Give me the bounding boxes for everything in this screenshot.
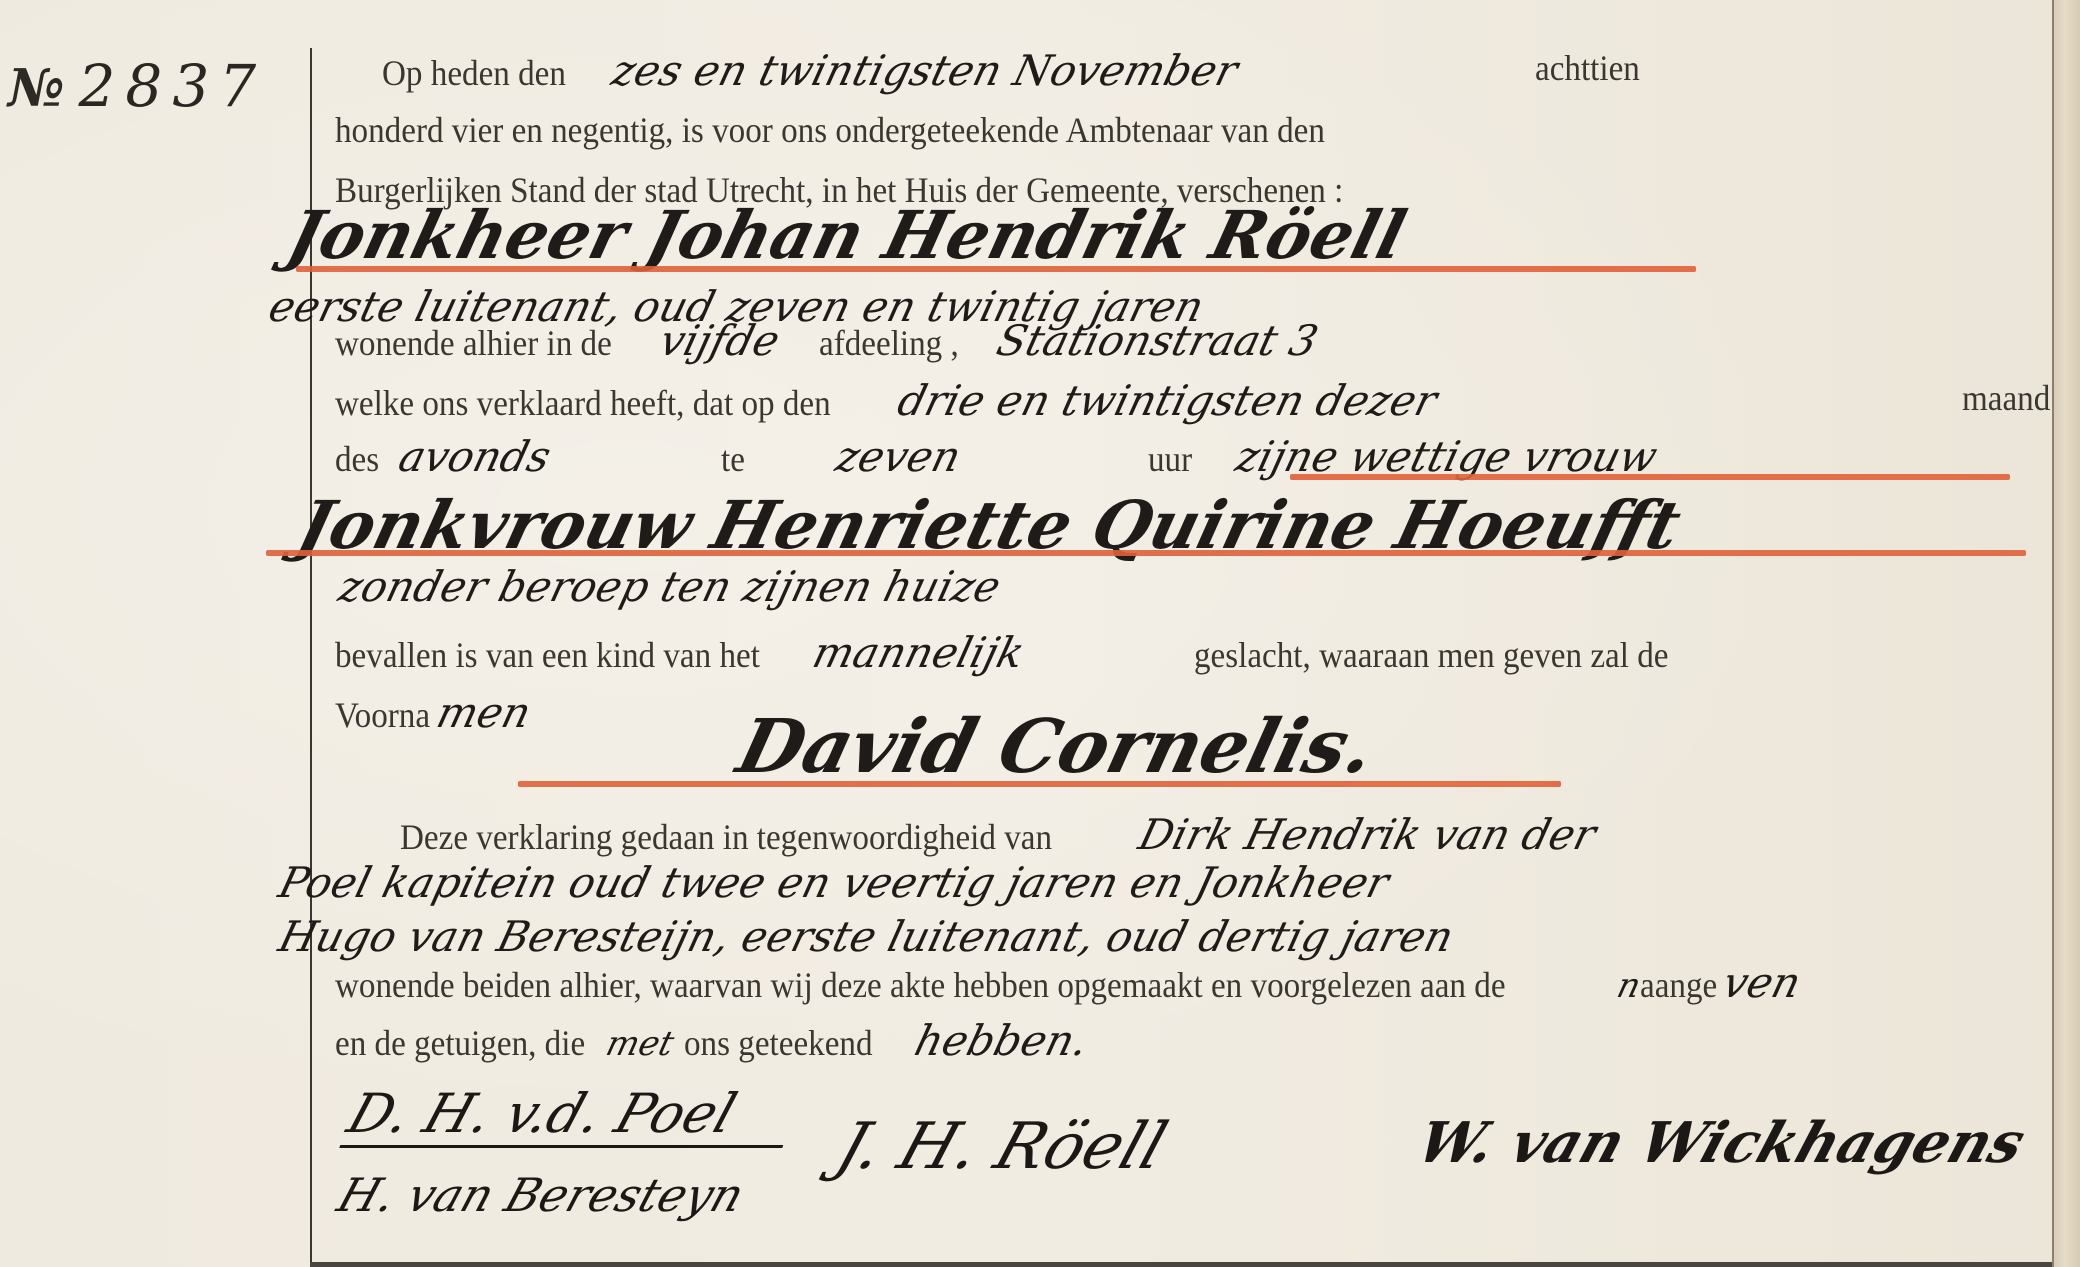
printed-text: welke ons verklaard heeft, dat op den: [335, 385, 831, 421]
red-underline: [518, 781, 1561, 787]
printed-text: wonende beiden alhier, waarvan wij deze …: [335, 967, 1506, 1003]
handwritten-birth-date: drie en twintigsten dezer: [893, 380, 1440, 422]
text-line-1: Op heden den zes en twintigsten November: [382, 50, 1413, 92]
handwritten-verb: hebben.: [910, 1020, 1091, 1062]
handwritten-mother-name: Jonkvrouw Henriette Quirine Hoeufft: [292, 492, 1687, 558]
witness-2-line: Hugo van Beresteijn, eerste luitenant, o…: [280, 916, 1452, 958]
number-symbol: №: [8, 58, 65, 119]
red-underline: [1290, 474, 2010, 480]
handwritten-mother-occupation: zonder beroep ten zijnen huize: [335, 566, 1005, 608]
handwritten-hour: zeven: [832, 436, 1072, 478]
declaration-line: welke ons verklaard heeft, dat op den dr…: [335, 380, 1435, 422]
printed-text: Voorna: [335, 697, 430, 733]
printed-text: bevallen is van een kind van het: [335, 637, 760, 673]
closing-line-1: wonende beiden alhier, waarvan wij deze …: [335, 962, 1800, 1004]
handwritten-time-of-day: avonds: [395, 436, 655, 478]
handwritten-witness-2: Hugo van Beresteijn, eerste luitenant, o…: [275, 916, 1458, 958]
handwritten-address: Stationstraat 3: [992, 320, 1321, 362]
child-name-line: David Cornelis.: [740, 710, 1373, 784]
witness-details-line: Poel kapitein oud twee en veertig jaren …: [280, 862, 1388, 904]
declarant-name-line: Jonkheer Johan Hendrik Röell: [290, 202, 1404, 268]
time-line: des avonds te zeven uur zijne wettige vr…: [335, 436, 1656, 478]
red-underline: [266, 550, 2026, 556]
signature-declarant: J. H. Röell: [828, 1110, 1175, 1184]
printed-text: maand: [1962, 380, 2050, 416]
signature-official: W. van Wickhagens: [1409, 1110, 2033, 1176]
first-names-label-line: Voornamen: [335, 692, 530, 734]
handwritten-witness-details: Poel kapitein oud twee en veertig jaren …: [275, 862, 1393, 904]
text-line-2: honderd vier en negentig, is voor ons on…: [335, 112, 1411, 148]
printed-text: geslacht, waaraan men geven zal de: [1194, 637, 1668, 673]
handwritten-sex: mannelijk: [808, 632, 1188, 674]
printed-text: en de getuigen, die: [335, 1025, 585, 1061]
witness-intro-line: Deze verklaring gedaan in tegenwoordighe…: [400, 814, 1594, 856]
book-binding-edge: [2052, 0, 2080, 1267]
handwritten-witness-1: Dirk Hendrik van der: [1134, 814, 1599, 856]
register-page: № 2837 Op heden den zes en twintigsten N…: [0, 0, 2080, 1267]
mother-occupation-line: zonder beroep ten zijnen huize: [340, 566, 999, 608]
printed-text: Op heden den: [382, 55, 566, 91]
sex-line: bevallen is van een kind van het manneli…: [335, 632, 1710, 674]
handwritten-suffix: men: [433, 692, 535, 734]
printed-text: uur: [1148, 441, 1192, 477]
closing-line-2: en de getuigen, diemet ons geteekend heb…: [335, 1020, 1086, 1062]
red-underline: [296, 266, 1696, 272]
mother-name-line: Jonkvrouw Henriette Quirine Hoeufft: [300, 492, 1679, 558]
printed-text: honderd vier en negentig, is voor ons on…: [335, 112, 1325, 148]
printed-text: afdeeling ,: [819, 325, 959, 361]
handwritten-district: vijfde: [655, 320, 783, 362]
printed-text: Deze verklaring gedaan in tegenwoordighe…: [400, 819, 1052, 855]
handwritten-declarant-name: Jonkheer Johan Hendrik Röell: [282, 202, 1412, 268]
handwritten-child-name: David Cornelis.: [731, 710, 1382, 784]
handwritten-correction: ven: [1719, 962, 1805, 1004]
signature-witness-2: H. van Beresteyn: [331, 1168, 751, 1222]
printed-text: te: [721, 441, 745, 477]
record-number-value: 2837: [79, 52, 267, 120]
printed-text: wonende alhier in de: [335, 325, 612, 361]
residence-line: wonende alhier in de vijfde afdeeling , …: [335, 320, 1317, 362]
bottom-rule: [310, 1262, 2052, 1267]
signature-witness-1: D. H. v.d. Poel: [339, 1082, 804, 1148]
handwritten-date: zes en twintigsten November: [608, 50, 1418, 92]
printed-text: ons geteekend: [684, 1025, 873, 1061]
record-number: № 2837: [8, 52, 266, 120]
printed-text: achttien: [1535, 50, 1640, 86]
printed-text: des: [335, 441, 379, 477]
handwritten-insert: met: [603, 1027, 678, 1061]
text-line-1-end: achttien: [1535, 50, 1649, 86]
declaration-line-end: maand: [1962, 380, 2058, 416]
handwritten-relation: zijne wettige vrouw: [1232, 436, 1661, 478]
printed-text: aange: [1640, 967, 1717, 1003]
